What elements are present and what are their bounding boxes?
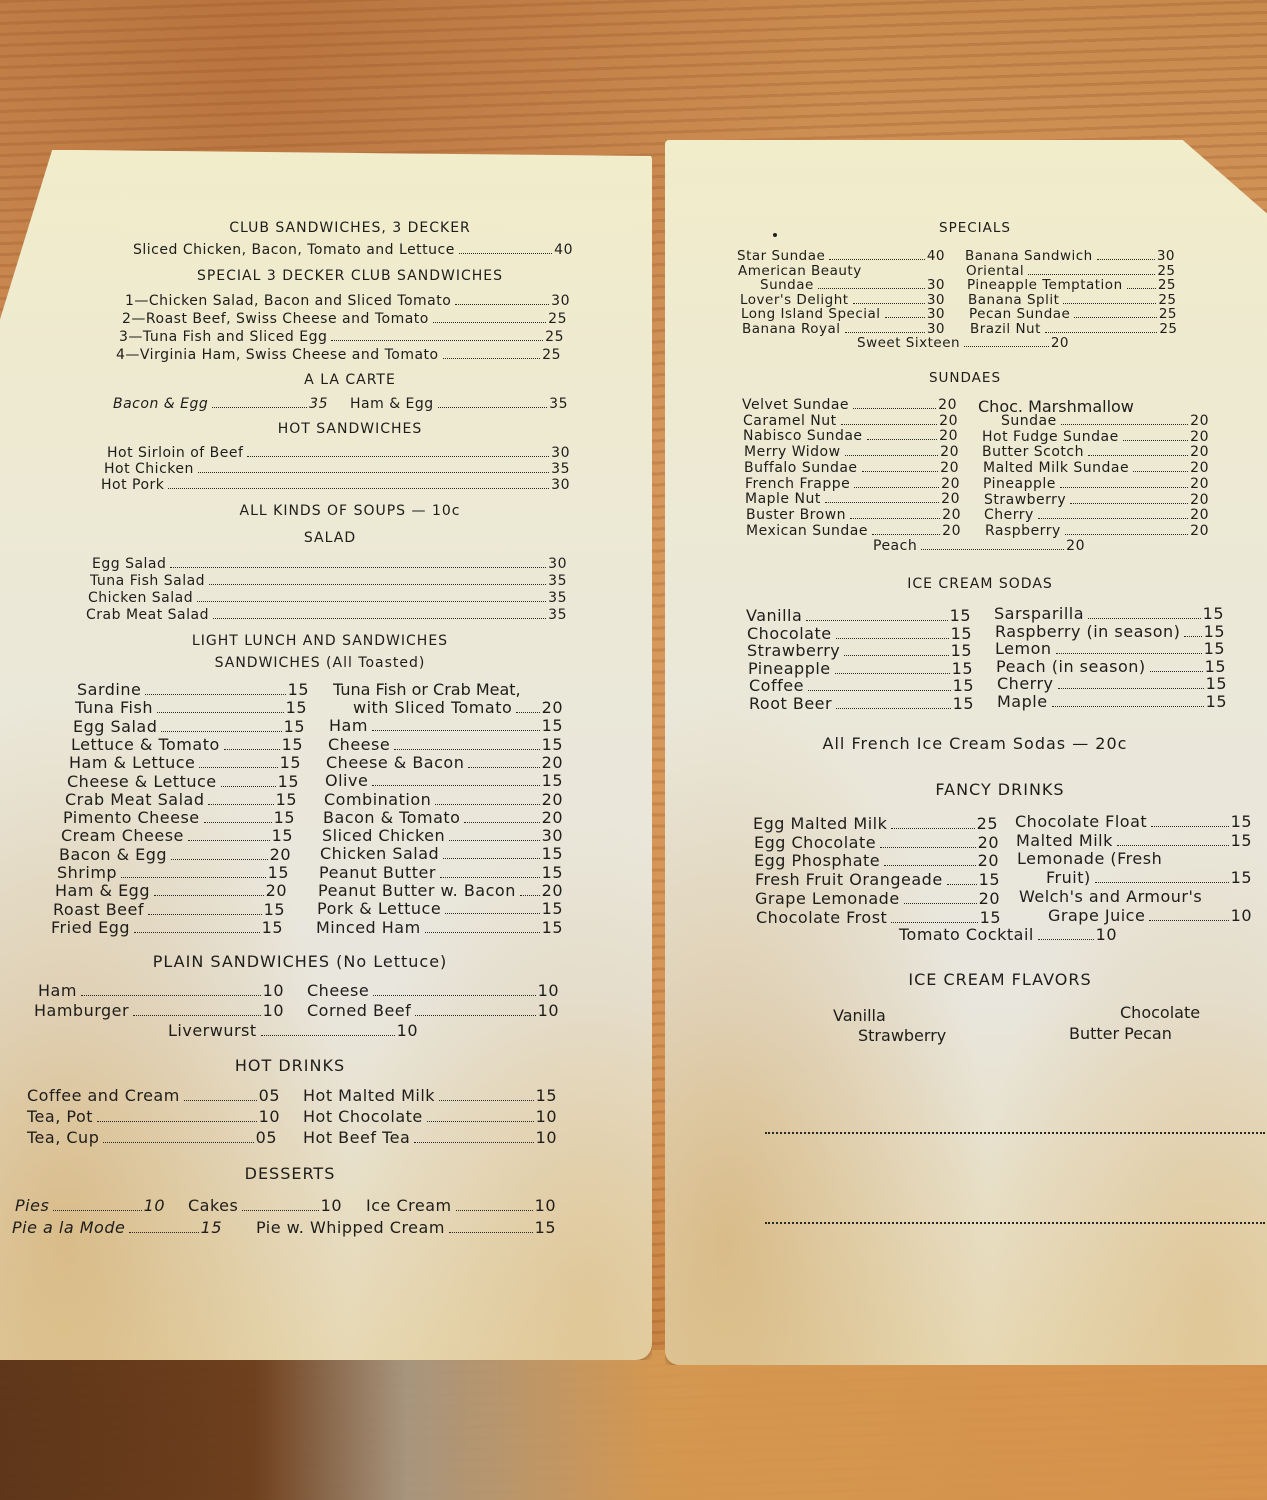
dot-leader bbox=[439, 1100, 534, 1101]
dot-leader bbox=[1097, 259, 1155, 260]
dot-leader bbox=[880, 847, 976, 848]
item-name: Pork & Lettuce bbox=[317, 899, 441, 918]
item-name: Egg Salad bbox=[73, 717, 157, 736]
item-name: Cherry bbox=[984, 507, 1034, 523]
item-name: Root Beer bbox=[749, 694, 832, 713]
menu-item: Tuna Fish Salad35 bbox=[90, 573, 567, 589]
item-name: Ham & Egg bbox=[350, 396, 434, 412]
item-name: Nabisco Sundae bbox=[743, 428, 863, 444]
item-name: Grape Lemonade bbox=[755, 889, 900, 908]
item-price: 15 bbox=[542, 771, 563, 790]
dot-leader bbox=[445, 913, 539, 914]
item-name: Chicken Salad bbox=[320, 844, 439, 863]
item-price: 10 bbox=[144, 1196, 165, 1215]
dot-leader bbox=[825, 502, 939, 503]
dot-leader bbox=[53, 1210, 141, 1211]
item-price: 25 bbox=[548, 311, 567, 327]
item-name: Peanut Butter w. Bacon bbox=[318, 881, 516, 900]
item-price: 20 bbox=[1190, 460, 1209, 476]
item-price: 35 bbox=[549, 396, 568, 412]
dot-leader bbox=[459, 253, 552, 254]
item-price: 20 bbox=[978, 851, 999, 870]
item-name: Banana Royal bbox=[742, 321, 841, 337]
item-name: Ham bbox=[38, 981, 77, 1000]
item-price: 20 bbox=[939, 413, 958, 429]
menu-item: Strawberry15 bbox=[747, 641, 972, 660]
item-name: Bacon & Tomato bbox=[323, 808, 460, 827]
dot-leader bbox=[154, 895, 264, 896]
item-price: 20 bbox=[938, 397, 957, 413]
section-title-sundaes: SUNDAES bbox=[815, 370, 1115, 386]
dot-leader bbox=[208, 804, 273, 805]
menu-item: Minced Ham15 bbox=[316, 918, 563, 937]
dot-leader bbox=[1150, 671, 1203, 672]
dot-leader bbox=[81, 995, 261, 996]
item-price: 15 bbox=[1231, 812, 1252, 831]
menu-item: Pie w. Whipped Cream15 bbox=[256, 1218, 556, 1237]
item-price: 10 bbox=[263, 981, 284, 1000]
dot-leader bbox=[221, 786, 276, 787]
item-price: 10 bbox=[538, 1001, 559, 1020]
menu-item: Bacon & Egg35 bbox=[113, 396, 328, 412]
blank-write-in-line bbox=[765, 1132, 1265, 1134]
item-price: 15 bbox=[950, 606, 971, 625]
menu-item: 4—Virginia Ham, Swiss Cheese and Tomato2… bbox=[116, 347, 561, 363]
menu-item: Cream Cheese15 bbox=[61, 826, 293, 845]
item-name: Cheese bbox=[328, 735, 390, 754]
item-name: Fresh Fruit Orangeade bbox=[755, 870, 943, 889]
item-name: Strawberry bbox=[747, 641, 840, 660]
dot-leader bbox=[1127, 288, 1156, 289]
item-price: 20 bbox=[1190, 476, 1209, 492]
menu-item: Pies10 bbox=[15, 1196, 165, 1215]
menu-item: Ham10 bbox=[38, 981, 284, 1000]
menu-item: Strawberry20 bbox=[984, 492, 1209, 508]
item-name: 1—Chicken Salad, Bacon and Sliced Tomato bbox=[125, 293, 451, 309]
dot-leader bbox=[435, 804, 539, 805]
dot-leader bbox=[198, 472, 549, 473]
item-price: 15 bbox=[268, 863, 289, 882]
dot-leader bbox=[1045, 332, 1157, 333]
item-name: Maple Nut bbox=[745, 491, 821, 507]
item-name: Sundae bbox=[1001, 413, 1057, 429]
dot-leader bbox=[242, 1210, 318, 1211]
flavor-name: Butter Pecan bbox=[1069, 1024, 1172, 1043]
dot-leader bbox=[415, 1015, 535, 1016]
item-price: 05 bbox=[259, 1086, 280, 1105]
menu-item: Sardine15 bbox=[77, 680, 309, 699]
item-price: 20 bbox=[1066, 538, 1085, 554]
menu-item: Fresh Fruit Orangeade15 bbox=[755, 870, 1000, 889]
menu-item: Ham & Egg20 bbox=[55, 881, 287, 900]
dot-leader bbox=[853, 303, 925, 304]
item-name: Hot Fudge Sundae bbox=[982, 429, 1119, 445]
item-price: 10 bbox=[321, 1196, 342, 1215]
item-name: Cheese bbox=[307, 981, 369, 1000]
menu-item: Coffee15 bbox=[749, 676, 974, 695]
item-name: Cream Cheese bbox=[61, 826, 184, 845]
menu-item: Ham & Lettuce15 bbox=[69, 753, 301, 772]
item-price: 20 bbox=[542, 698, 563, 717]
item-price: 15 bbox=[542, 918, 563, 937]
item-name: French Frappe bbox=[745, 476, 850, 492]
menu-item: 3—Tuna Fish and Sliced Egg25 bbox=[119, 329, 564, 345]
item-name: Ham & Lettuce bbox=[69, 753, 195, 772]
item-price: 10 bbox=[535, 1196, 556, 1215]
dot-leader bbox=[372, 730, 540, 731]
menu-item: Ice Cream10 bbox=[366, 1196, 556, 1215]
section-title-flavors: ICE CREAM FLAVORS bbox=[815, 970, 1185, 989]
item-name: Malted Milk Sundae bbox=[983, 460, 1129, 476]
dot-leader bbox=[213, 618, 546, 619]
menu-item: Chocolate Float15 bbox=[1015, 812, 1252, 831]
menu-item: Sweet Sixteen20 bbox=[857, 335, 1069, 351]
dot-leader bbox=[854, 487, 939, 488]
item-name: Olive bbox=[325, 771, 368, 790]
dot-leader bbox=[1184, 636, 1201, 637]
menu-item: Cakes10 bbox=[188, 1196, 342, 1215]
item-price: 10 bbox=[536, 1128, 557, 1147]
menu-item: Tea, Pot10 bbox=[27, 1107, 280, 1126]
menu-item: Lemon15 bbox=[995, 639, 1225, 658]
item-name: Pies bbox=[15, 1196, 49, 1215]
dot-leader bbox=[1065, 534, 1188, 535]
menu-item: Corned Beef10 bbox=[307, 1001, 559, 1020]
dot-leader bbox=[867, 439, 938, 440]
dot-leader bbox=[808, 690, 951, 691]
menu-item: Sundae20 bbox=[1001, 413, 1209, 429]
item-price: 15 bbox=[1204, 622, 1225, 641]
flavor-name: Vanilla bbox=[833, 1006, 886, 1025]
item-price: 15 bbox=[288, 680, 309, 699]
dot-leader bbox=[427, 1121, 534, 1122]
item-price: 20 bbox=[940, 444, 959, 460]
item-name: Lemon bbox=[995, 639, 1052, 658]
section-title-specials: SPECIALS bbox=[815, 220, 1135, 236]
menu-item: Velvet Sundae20 bbox=[742, 397, 957, 413]
item-name-continued: Tuna Fish or Crab Meat, bbox=[333, 680, 521, 699]
item-price: 05 bbox=[256, 1128, 277, 1147]
item-price: 15 bbox=[951, 641, 972, 660]
menu-item: Fried Egg15 bbox=[51, 918, 283, 937]
menu-item: Lettuce & Tomato15 bbox=[71, 735, 303, 754]
menu-item: Raspberry (in season)15 bbox=[995, 622, 1225, 641]
item-price: 20 bbox=[1051, 335, 1069, 351]
dot-leader bbox=[133, 1015, 261, 1016]
item-name: Hot Beef Tea bbox=[303, 1128, 410, 1147]
item-price: 20 bbox=[940, 460, 959, 476]
dot-leader bbox=[103, 1142, 253, 1143]
item-name: Bacon & Egg bbox=[113, 396, 208, 412]
item-name: Strawberry bbox=[984, 492, 1066, 508]
menu-item: Crab Meat Salad35 bbox=[86, 607, 567, 623]
dot-leader bbox=[209, 584, 546, 585]
dot-leader bbox=[1063, 303, 1156, 304]
menu-item: Coffee and Cream05 bbox=[27, 1086, 280, 1105]
dot-leader bbox=[872, 534, 940, 535]
dot-leader bbox=[224, 749, 280, 750]
dot-leader bbox=[1133, 471, 1188, 472]
item-price: 10 bbox=[1096, 925, 1117, 944]
blank-write-in-line bbox=[765, 1222, 1265, 1224]
item-name: Peach (in season) bbox=[996, 657, 1146, 676]
item-name: Hot Malted Milk bbox=[303, 1086, 435, 1105]
dot-leader bbox=[468, 767, 539, 768]
item-name: Hot Chocolate bbox=[303, 1107, 423, 1126]
item-name: Tuna Fish bbox=[75, 698, 153, 717]
item-price: 30 bbox=[551, 293, 570, 309]
dot-leader bbox=[212, 407, 307, 408]
menu-item: Buffalo Sundae20 bbox=[744, 460, 959, 476]
item-name: Crab Meat Salad bbox=[86, 607, 209, 623]
section-title-sodas: ICE CREAM SODAS bbox=[815, 576, 1145, 592]
flavor-name: Chocolate bbox=[1120, 1003, 1200, 1022]
dot-leader bbox=[841, 424, 938, 425]
item-price: 35 bbox=[548, 607, 567, 623]
item-name: Sweet Sixteen bbox=[857, 335, 960, 351]
item-name: Ham & Egg bbox=[55, 881, 150, 900]
dot-leader bbox=[170, 567, 546, 568]
dot-leader bbox=[148, 914, 262, 915]
item-name: Welch's and Armour's bbox=[1019, 887, 1202, 906]
dot-leader bbox=[261, 1035, 395, 1036]
item-price: 25 bbox=[977, 814, 998, 833]
dot-leader bbox=[1095, 882, 1229, 883]
item-price: 10 bbox=[397, 1021, 418, 1040]
dot-leader bbox=[134, 932, 260, 933]
dot-leader bbox=[1088, 455, 1188, 456]
item-price: 30 bbox=[551, 445, 570, 461]
section-title-soups: ALL KINDS OF SOUPS — 10c bbox=[120, 503, 580, 519]
item-name: Sliced Chicken, Bacon, Tomato and Lettuc… bbox=[133, 242, 455, 258]
item-name: Maple bbox=[997, 692, 1048, 711]
print-dot bbox=[773, 233, 777, 237]
menu-item: Peach20 bbox=[873, 538, 1085, 554]
item-price: 15 bbox=[201, 1218, 222, 1237]
item-price: 20 bbox=[1190, 429, 1209, 445]
item-price: 10 bbox=[259, 1107, 280, 1126]
item-price: 15 bbox=[284, 717, 305, 736]
menu-item: Peach (in season)15 bbox=[996, 657, 1226, 676]
item-name: Cheese & Bacon bbox=[326, 753, 464, 772]
item-name: Ham bbox=[329, 716, 368, 735]
item-name: Pie a la Mode bbox=[12, 1218, 125, 1237]
item-price: 15 bbox=[980, 908, 1001, 927]
item-price: 40 bbox=[554, 242, 573, 258]
dot-leader bbox=[394, 749, 539, 750]
dot-leader bbox=[835, 673, 950, 674]
item-name: Roast Beef bbox=[53, 900, 144, 919]
item-price: 15 bbox=[953, 694, 974, 713]
menu-item: 1—Chicken Salad, Bacon and Sliced Tomato… bbox=[125, 293, 570, 309]
item-price: 40 bbox=[927, 248, 945, 264]
menu-item: Lemonade (Fresh bbox=[1017, 849, 1162, 868]
item-name: Sarsparilla bbox=[994, 604, 1084, 623]
menu-item: Sliced Chicken30 bbox=[322, 826, 563, 845]
item-name: Peach bbox=[873, 538, 917, 554]
item-name: Pimento Cheese bbox=[63, 808, 200, 827]
menu-item: French Frappe20 bbox=[745, 476, 960, 492]
menu-item: Butter Scotch20 bbox=[982, 444, 1209, 460]
section-title-fancy-drinks: FANCY DRINKS bbox=[815, 780, 1185, 799]
item-name: Sliced Chicken bbox=[322, 826, 445, 845]
dot-leader bbox=[891, 828, 974, 829]
menu-item: Peanut Butter w. Bacon20 bbox=[318, 881, 563, 900]
item-price: 20 bbox=[978, 833, 999, 852]
section-note-french-sodas: All French Ice Cream Sodas — 20c bbox=[785, 734, 1165, 753]
menu-item: Buster Brown20 bbox=[746, 507, 961, 523]
item-name: Velvet Sundae bbox=[742, 397, 849, 413]
item-name: Minced Ham bbox=[316, 918, 421, 937]
menu-item: Crab Meat Salad15 bbox=[65, 790, 297, 809]
menu-item: Cheese15 bbox=[328, 735, 563, 754]
item-price: 15 bbox=[286, 698, 307, 717]
menu-item: Bacon & Egg20 bbox=[59, 845, 291, 864]
dot-leader bbox=[845, 455, 939, 456]
item-price: 15 bbox=[280, 753, 301, 772]
dot-leader bbox=[850, 518, 940, 519]
item-price: 15 bbox=[1231, 831, 1252, 850]
item-name: 3—Tuna Fish and Sliced Egg bbox=[119, 329, 327, 345]
dot-leader bbox=[947, 884, 977, 885]
dot-leader bbox=[168, 488, 549, 489]
menu-item: with Sliced Tomato20 bbox=[353, 698, 563, 717]
item-name: Coffee bbox=[749, 676, 804, 695]
flavor-name: Strawberry bbox=[858, 1026, 946, 1045]
menu-item: Pineapple15 bbox=[748, 659, 973, 678]
item-price: 15 bbox=[274, 808, 295, 827]
dot-leader bbox=[145, 694, 285, 695]
menu-item: Hot Sirloin of Beef30 bbox=[107, 445, 570, 461]
dot-leader bbox=[455, 304, 549, 305]
item-price: 15 bbox=[951, 624, 972, 643]
item-name: Malted Milk bbox=[1016, 831, 1113, 850]
item-name: Ice Cream bbox=[366, 1196, 452, 1215]
item-price: 15 bbox=[536, 1086, 557, 1105]
dot-leader bbox=[845, 332, 925, 333]
dot-leader bbox=[1123, 440, 1188, 441]
item-name: Pie w. Whipped Cream bbox=[256, 1218, 445, 1237]
item-name: Tea, Pot bbox=[27, 1107, 93, 1126]
dot-leader bbox=[438, 407, 547, 408]
item-name: Egg Phosphate bbox=[754, 851, 880, 870]
section-subtitle-toasted: SANDWICHES (All Toasted) bbox=[110, 655, 530, 671]
item-price: 15 bbox=[282, 735, 303, 754]
item-name: Chocolate Float bbox=[1015, 812, 1147, 831]
menu-item: Hot Chocolate10 bbox=[303, 1107, 557, 1126]
menu-item: Hot Pork30 bbox=[101, 477, 570, 493]
menu-item: Malted Milk15 bbox=[1016, 831, 1252, 850]
dot-leader bbox=[443, 858, 539, 859]
dot-leader bbox=[520, 895, 540, 896]
item-price: 20 bbox=[1190, 507, 1209, 523]
item-name: Butter Scotch bbox=[982, 444, 1084, 460]
item-price: 20 bbox=[542, 790, 563, 809]
dot-leader bbox=[121, 877, 266, 878]
menu-item: Welch's and Armour's bbox=[1019, 887, 1202, 906]
item-name: Chocolate bbox=[747, 624, 832, 643]
dot-leader bbox=[1149, 920, 1228, 921]
menu-item: Hot Beef Tea10 bbox=[303, 1128, 557, 1147]
dot-leader bbox=[1028, 274, 1155, 275]
dot-leader bbox=[372, 785, 539, 786]
menu-item: Cheese & Lettuce15 bbox=[67, 772, 299, 791]
dot-leader bbox=[818, 288, 925, 289]
item-price: 20 bbox=[1190, 444, 1209, 460]
item-name: Pineapple bbox=[983, 476, 1056, 492]
dot-leader bbox=[373, 995, 535, 996]
item-price: 15 bbox=[979, 870, 1000, 889]
dot-leader bbox=[204, 822, 272, 823]
item-price: 15 bbox=[1203, 604, 1224, 623]
item-price: 15 bbox=[542, 863, 563, 882]
item-price: 15 bbox=[1206, 674, 1227, 693]
dot-leader bbox=[449, 840, 539, 841]
item-price: 20 bbox=[270, 845, 291, 864]
item-name: Combination bbox=[324, 790, 431, 809]
dot-leader bbox=[1074, 317, 1156, 318]
menu-item: Bacon & Tomato20 bbox=[323, 808, 563, 827]
section-title-salad: SALAD bbox=[120, 530, 540, 546]
section-title-hot-sandwiches: HOT SANDWICHES bbox=[120, 421, 580, 437]
dot-leader bbox=[171, 859, 268, 860]
dot-leader bbox=[331, 340, 543, 341]
menu-item: Shrimp15 bbox=[57, 863, 289, 882]
section-title-desserts: DESSERTS bbox=[80, 1164, 500, 1183]
item-price: 15 bbox=[1206, 692, 1227, 711]
item-name: 2—Roast Beef, Swiss Cheese and Tomato bbox=[122, 311, 429, 327]
item-name: Mexican Sundae bbox=[746, 523, 868, 539]
menu-item: Egg Salad30 bbox=[92, 556, 567, 572]
item-price: 25 bbox=[545, 329, 564, 345]
item-price: 20 bbox=[266, 881, 287, 900]
dot-leader bbox=[1056, 653, 1202, 654]
menu-item: Egg Salad15 bbox=[73, 717, 305, 736]
item-price: 20 bbox=[1190, 492, 1209, 508]
dot-leader bbox=[884, 865, 976, 866]
dot-leader bbox=[97, 1121, 257, 1122]
dot-leader bbox=[853, 408, 936, 409]
item-name: Tomato Cocktail bbox=[899, 925, 1034, 944]
item-price: 10 bbox=[536, 1107, 557, 1126]
menu-item: Maple Nut20 bbox=[745, 491, 960, 507]
item-price: 30 bbox=[551, 477, 570, 493]
item-name: with Sliced Tomato bbox=[353, 698, 512, 717]
dot-leader bbox=[464, 822, 539, 823]
item-name: Cherry bbox=[997, 674, 1054, 693]
dot-leader bbox=[247, 456, 549, 457]
dot-leader bbox=[1038, 518, 1188, 519]
dot-leader bbox=[829, 259, 925, 260]
dot-leader bbox=[836, 638, 949, 639]
menu-item: Roast Beef15 bbox=[53, 900, 285, 919]
dot-leader bbox=[188, 840, 270, 841]
item-price: 20 bbox=[542, 753, 563, 772]
item-name: Chocolate Frost bbox=[756, 908, 887, 927]
menu-item: Tomato Cocktail10 bbox=[899, 925, 1117, 944]
item-name: Shrimp bbox=[57, 863, 117, 882]
item-name: Vanilla bbox=[746, 606, 802, 625]
item-price: 20 bbox=[939, 428, 958, 444]
dot-leader bbox=[197, 601, 546, 602]
menu-item: Cherry15 bbox=[997, 674, 1227, 693]
item-price: 15 bbox=[1205, 657, 1226, 676]
item-price: 20 bbox=[942, 507, 961, 523]
menu-item: Tea, Cup05 bbox=[27, 1128, 277, 1147]
menu-item: Cherry20 bbox=[984, 507, 1209, 523]
dot-leader bbox=[433, 322, 546, 323]
item-price: 20 bbox=[1190, 413, 1209, 429]
